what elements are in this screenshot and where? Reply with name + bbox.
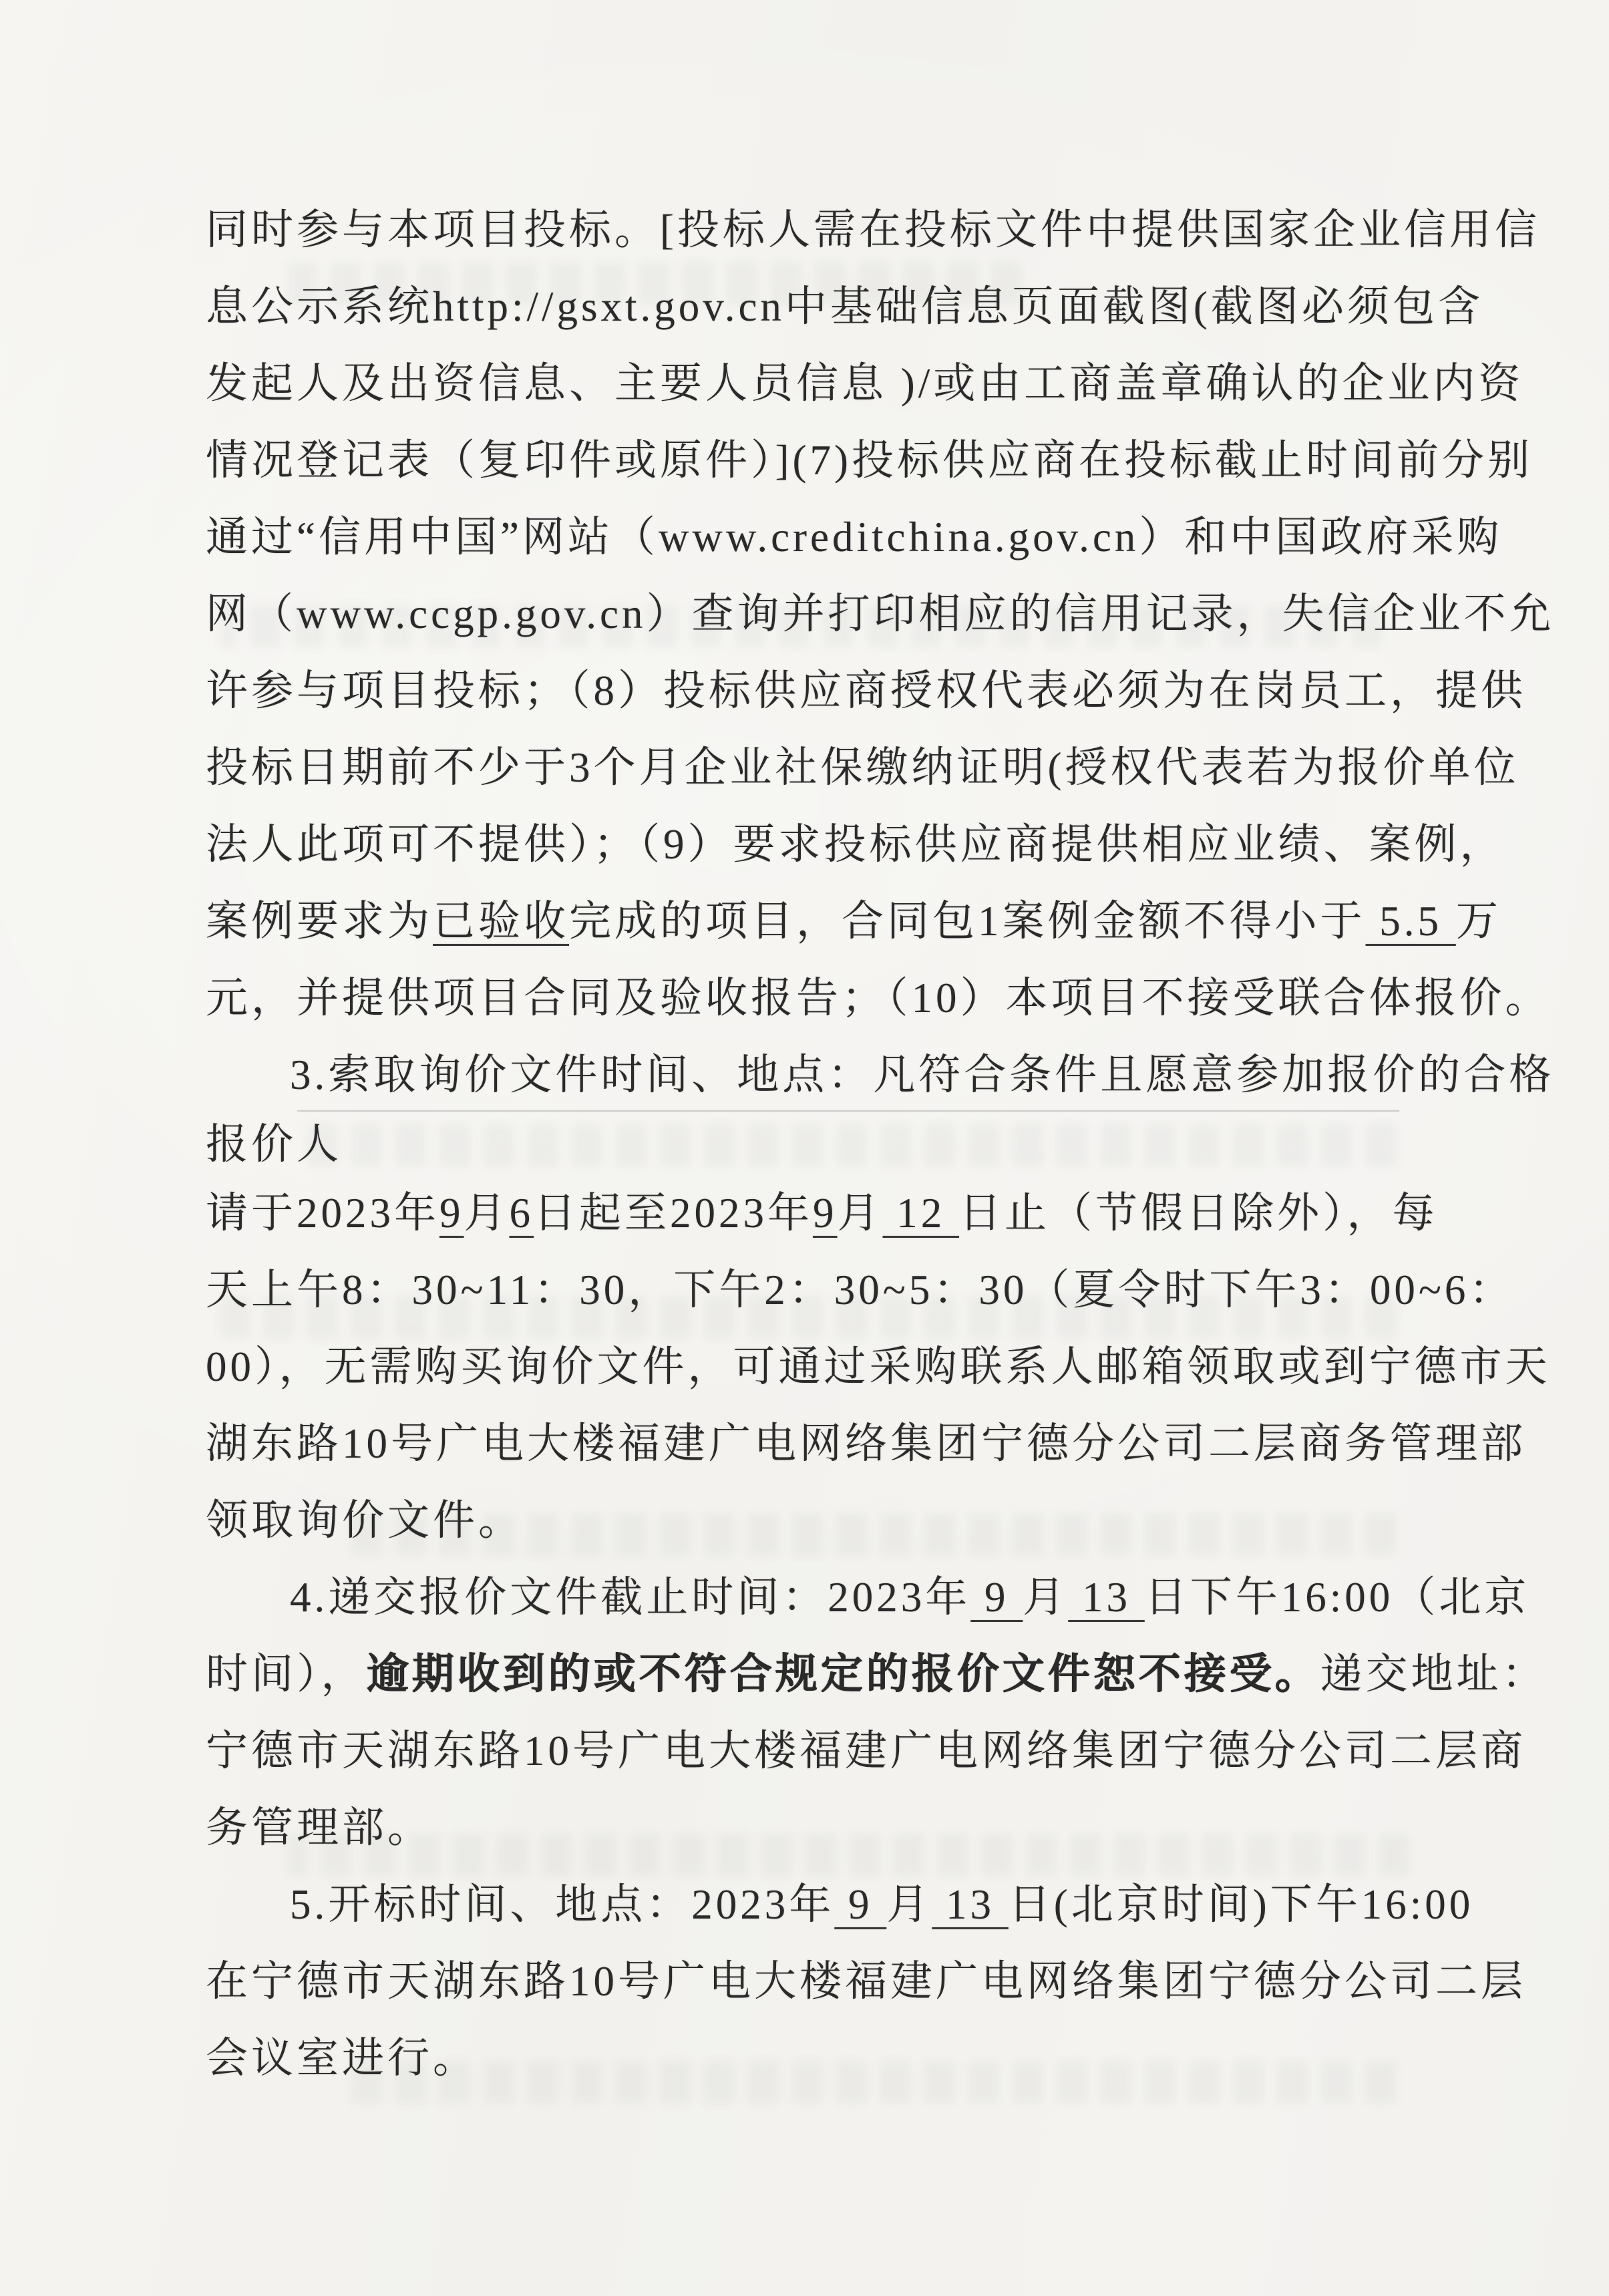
text-line: 报价人 xyxy=(206,1114,1405,1175)
text-run: 同时参与本项目投标。[投标人需在投标文件中提供国家企业信用信 xyxy=(206,206,1540,253)
text-run: 月 xyxy=(1023,1574,1068,1621)
text-run: 时间）， xyxy=(206,1651,367,1697)
text-run: 3.索取询价文件时间、地点：凡符合条件且愿意参加报价的合格 xyxy=(290,1051,1554,1098)
underlined-text-run: 9 xyxy=(834,1881,886,1928)
text-line: 00），无需购买询价文件，可通过采购联系人邮箱领取或到宁德市天 xyxy=(206,1329,1405,1406)
text-run: 4.递交报价文件截止时间：2023年 xyxy=(290,1574,970,1621)
scanned-page: 同时参与本项目投标。[投标人需在投标文件中提供国家企业信用信息公示系统http:… xyxy=(0,0,1609,2296)
text-run: 月 xyxy=(886,1881,932,1928)
underlined-text-run: 13 xyxy=(1068,1574,1145,1621)
text-run: 日(北京时间)下午16:00 xyxy=(1009,1881,1473,1928)
underlined-text-run: 已验收 xyxy=(433,898,569,945)
text-line: 天上午8：30~11：30，下午2：30~5：30（夏令时下午3：00~6： xyxy=(206,1252,1405,1329)
text-run: 元，并提供项目合同及验收报告；（10）本项目不接受联合体报价。 xyxy=(206,975,1551,1021)
text-line: 在宁德市天湖东路10号广电大楼福建广电网络集团宁德分公司二层 xyxy=(206,1943,1405,2020)
text-run: 日止（节假日除外），每 xyxy=(959,1190,1438,1237)
underlined-text-run: 5.5 xyxy=(1366,898,1456,945)
document-text-block: 同时参与本项目投标。[投标人需在投标文件中提供国家企业信用信息公示系统http:… xyxy=(206,192,1405,2097)
underlined-text-run: 9 xyxy=(439,1190,464,1237)
text-line: 元，并提供项目合同及验收报告；（10）本项目不接受联合体报价。 xyxy=(206,960,1405,1037)
text-line: 息公示系统http://gsxt.gov.cn中基础信息页面截图(截图必须包含 xyxy=(206,269,1405,345)
text-line: 湖东路10号广电大楼福建广电网络集团宁德分公司二层商务管理部 xyxy=(206,1406,1405,1482)
text-line: 领取询价文件。 xyxy=(206,1482,1405,1559)
text-run: 通过“信用中国”网站（www.creditchina.gov.cn）和中国政府采… xyxy=(206,514,1502,560)
text-line: 网（www.ccgp.gov.cn）查询并打印相应的信用记录，失信企业不允 xyxy=(206,576,1405,653)
text-line: 同时参与本项目投标。[投标人需在投标文件中提供国家企业信用信 xyxy=(206,192,1405,269)
underlined-text-run: 13 xyxy=(932,1881,1009,1928)
text-line: 宁德市天湖东路10号广电大楼福建广电网络集团宁德分公司二层商 xyxy=(206,1713,1405,1790)
text-line: 会议室进行。 xyxy=(206,2020,1405,2097)
text-run: 请于2023年 xyxy=(206,1190,439,1237)
text-line: 时间），逾期收到的或不符合规定的报价文件恕不接受。递交地址： xyxy=(206,1636,1405,1713)
text-run: 发起人及出资信息、主要人员信息 )/或由工商盖章确认的企业内资 xyxy=(206,360,1524,407)
underlined-text-run: 6 xyxy=(510,1190,534,1237)
text-run: 法人此项可不提供）；（9）要求投标供应商提供相应业绩、案例， xyxy=(206,821,1505,868)
bold-text-run: 逾期收到的或不符合规定的报价文件恕不接受。 xyxy=(367,1651,1320,1697)
text-run: 案例要求为 xyxy=(206,898,433,945)
underlined-text-run: 9 xyxy=(813,1190,838,1237)
text-run: 万 xyxy=(1456,898,1501,945)
text-run: 许参与项目投标；（8）投标供应商授权代表必须为在岗员工，提供 xyxy=(206,667,1526,714)
text-run: 领取询价文件。 xyxy=(206,1497,524,1544)
text-run: 5.开标时间、地点：2023年 xyxy=(290,1881,834,1928)
text-line: 通过“信用中国”网站（www.creditchina.gov.cn）和中国政府采… xyxy=(206,499,1405,576)
text-run: 递交地址： xyxy=(1320,1651,1548,1697)
text-run: 网（www.ccgp.gov.cn）查询并打印相应的信用记录，失信企业不允 xyxy=(206,591,1554,637)
text-run: 会议室进行。 xyxy=(206,2035,478,2082)
text-run: 在宁德市天湖东路10号广电大楼福建广电网络集团宁德分公司二层 xyxy=(206,1958,1526,2005)
text-run: 完成的项目，合同包1案例金额不得小于 xyxy=(569,898,1366,945)
text-run: 湖东路10号广电大楼福建广电网络集团宁德分公司二层商务管理部 xyxy=(206,1420,1526,1467)
text-run: 00），无需购买询价文件，可通过采购联系人邮箱领取或到宁德市天 xyxy=(206,1343,1551,1390)
text-run: 息公示系统http://gsxt.gov.cn中基础信息页面截图(截图必须包含 xyxy=(206,283,1483,330)
text-line: 案例要求为已验收完成的项目，合同包1案例金额不得小于 5.5 万 xyxy=(206,883,1405,960)
text-run: 投标日期前不少于3个月企业社保缴纳证明(授权代表若为报价单位 xyxy=(206,744,1519,791)
text-line: 法人此项可不提供）；（9）要求投标供应商提供相应业绩、案例， xyxy=(206,806,1405,883)
text-run: 日起至2023年 xyxy=(534,1190,813,1237)
text-line: 许参与项目投标；（8）投标供应商授权代表必须为在岗员工，提供 xyxy=(206,653,1405,729)
text-line: 情况登记表（复印件或原件）](7)投标供应商在投标截止时间前分别 xyxy=(206,422,1405,499)
text-line: 4.递交报价文件截止时间：2023年 9 月 13 日下午16:00（北京 xyxy=(206,1559,1405,1636)
text-run: 月 xyxy=(464,1190,510,1237)
underlined-text-run: 9 xyxy=(970,1574,1023,1621)
text-run: 务管理部。 xyxy=(206,1804,433,1851)
text-line: 5.开标时间、地点：2023年 9 月 13 日(北京时间)下午16:00 xyxy=(206,1866,1405,1943)
text-line: 务管理部。 xyxy=(206,1790,1405,1866)
text-run: 报价人 xyxy=(206,1121,342,1168)
underlined-text-run: 12 xyxy=(883,1190,960,1237)
text-run: 天上午8：30~11：30，下午2：30~5：30（夏令时下午3：00~6： xyxy=(206,1267,1514,1313)
text-line: 3.索取询价文件时间、地点：凡符合条件且愿意参加报价的合格 xyxy=(206,1037,1405,1114)
text-line: 请于2023年9月6日起至2023年9月 12 日止（节假日除外），每 xyxy=(206,1175,1405,1252)
text-run: 情况登记表（复印件或原件）](7)投标供应商在投标截止时间前分别 xyxy=(206,437,1533,484)
text-line: 投标日期前不少于3个月企业社保缴纳证明(授权代表若为报价单位 xyxy=(206,729,1405,806)
text-run: 日下午16:00（北京 xyxy=(1145,1574,1530,1621)
text-line: 发起人及出资信息、主要人员信息 )/或由工商盖章确认的企业内资 xyxy=(206,345,1405,422)
text-run: 月 xyxy=(838,1190,883,1237)
text-run: 宁德市天湖东路10号广电大楼福建广电网络集团宁德分公司二层商 xyxy=(206,1728,1526,1774)
